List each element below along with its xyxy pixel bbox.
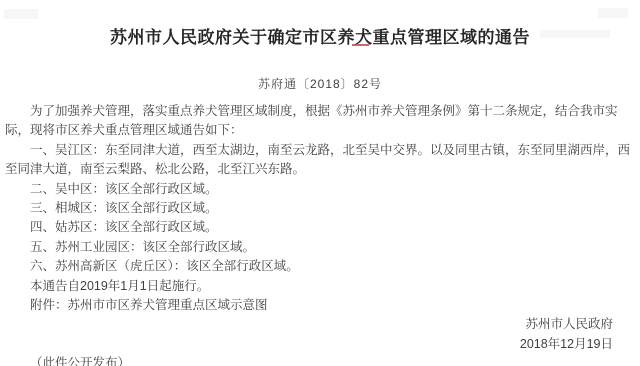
notice-item-4: 四、姑苏区：该区全部行政区域。 bbox=[5, 218, 630, 237]
attachment-line: 附件：苏州市市区养犬管理重点区域示意图 bbox=[5, 296, 630, 315]
public-release-note: （此件公开发布） bbox=[5, 354, 630, 366]
scan-artifact bbox=[598, 8, 628, 18]
title-underline-artifact bbox=[352, 44, 369, 46]
issuer-signature: 苏州市人民政府 bbox=[5, 315, 630, 334]
document-body: 为了加强养犬管理，落实重点养犬管理区域制度，根据《苏州市养犬管理条例》第十二条规… bbox=[0, 102, 640, 366]
notice-item-3: 三、相城区：该区全部行政区域。 bbox=[5, 199, 630, 218]
scan-artifact bbox=[540, 30, 610, 38]
government-notice-document: 苏州市人民政府关于确定市区养犬重点管理区域的通告 苏府通〔2018〕82号 为了… bbox=[0, 0, 640, 366]
intro-paragraph: 为了加强养犬管理，落实重点养犬管理区域制度，根据《苏州市养犬管理条例》第十二条规… bbox=[5, 102, 630, 141]
notice-item-6: 六、苏州高新区（虎丘区）：该区全部行政区域。 bbox=[5, 257, 630, 276]
notice-item-5: 五、苏州工业园区：该区全部行政区域。 bbox=[5, 238, 630, 257]
effective-date-line: 本通告自2019年1月1日起施行。 bbox=[5, 277, 630, 296]
page-title: 苏州市人民政府关于确定市区养犬重点管理区域的通告 bbox=[0, 0, 640, 48]
scan-artifact bbox=[4, 9, 38, 19]
document-number: 苏府通〔2018〕82号 bbox=[0, 75, 640, 92]
notice-item-1: 一、吴江区：东至同津大道，西至太湖边，南至云龙路，北至吴中交界。以及同里古镇，东… bbox=[5, 141, 630, 180]
issue-date: 2018年12月19日 bbox=[5, 335, 630, 354]
notice-item-2: 二、吴中区：该区全部行政区域。 bbox=[5, 180, 630, 199]
